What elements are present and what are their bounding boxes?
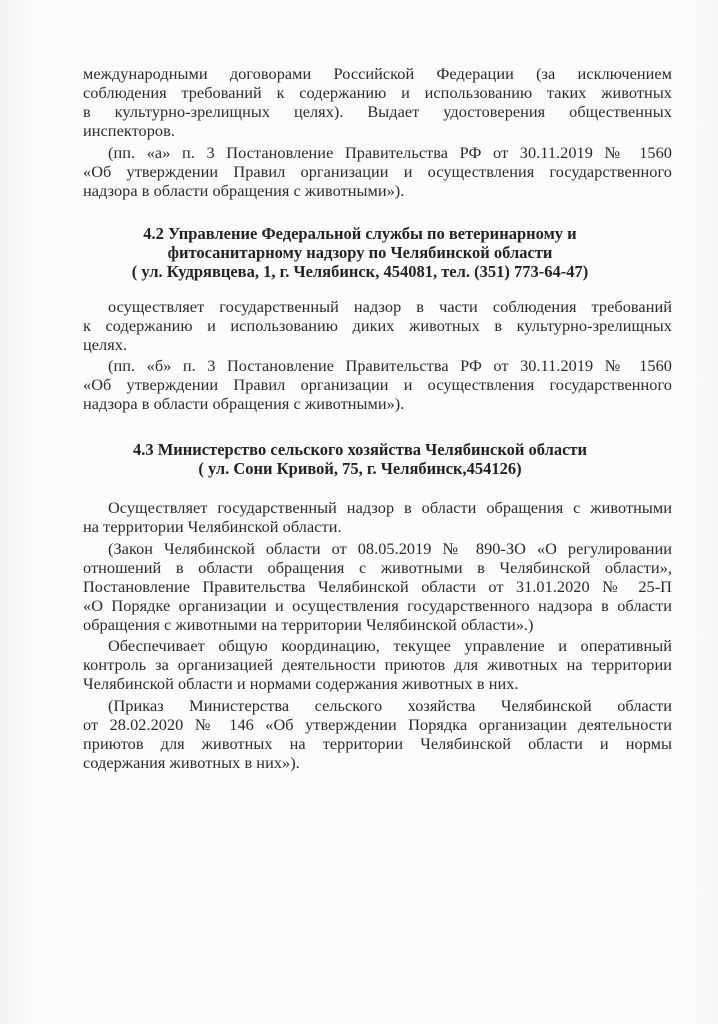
- text-line: (Закон Челябинской области от 08.05.2019…: [108, 539, 672, 558]
- text-line: Обеспечивает общую координацию, текущее …: [108, 636, 672, 655]
- text-line: содержания животных в них»).: [83, 753, 672, 772]
- text-line: от 28.02.2020 № 146 «Об утверждении Поря…: [83, 715, 672, 734]
- text-line: «Об утверждении Правил организации и осу…: [83, 375, 672, 394]
- text-line: на территории Челябинской области.: [83, 517, 672, 536]
- text-line: обращения с животными на территории Челя…: [83, 615, 672, 634]
- document-page: международными договорами Российской Фед…: [0, 0, 718, 1024]
- text-line: соблюдения требований к содержанию и исп…: [83, 83, 672, 102]
- text-line: Постановление Правительства Челябинской …: [83, 577, 672, 596]
- text-line: надзора в области обращения с животными»…: [83, 181, 672, 200]
- heading-line: ( ул. Сони Кривой, 75, г. Челябинск,4541…: [60, 459, 660, 478]
- text-line: к содержанию и использованию диких живот…: [83, 316, 672, 335]
- text-line: Осуществляет государственный надзор в об…: [108, 498, 672, 517]
- text-line: целях.: [83, 335, 672, 354]
- text-line: (пп. «а» п. 3 Постановление Правительств…: [108, 143, 672, 162]
- text-line: контроль за организацией деятельности пр…: [83, 655, 672, 674]
- text-line: международными договорами Российской Фед…: [83, 64, 672, 83]
- text-line: надзора в области обращения с животными»…: [83, 394, 672, 413]
- text-line: Челябинской области и нормами содержания…: [83, 674, 672, 693]
- text-line: осуществляет государственный надзор в ча…: [108, 297, 672, 316]
- text-line: инспекторов.: [83, 121, 672, 140]
- heading-line: 4.2 Управление Федеральной службы по вет…: [60, 224, 660, 243]
- text-line: (пп. «б» п. 3 Постановление Правительств…: [108, 356, 672, 375]
- heading-line: фитосанитарному надзору по Челябинской о…: [60, 243, 660, 262]
- heading-line: ( ул. Кудрявцева, 1, г. Челябинск, 45408…: [60, 262, 660, 281]
- text-line: (Приказ Министерства сельского хозяйства…: [108, 696, 672, 715]
- text-line: «Об утверждении Правил организации и осу…: [83, 162, 672, 181]
- text-line: в культурно-зрелищных целях). Выдает удо…: [83, 102, 672, 121]
- text-line: приютов для животных на территории Челяб…: [83, 734, 672, 753]
- heading-line: 4.3 Министерство сельского хозяйства Чел…: [60, 440, 660, 459]
- text-line: «О Порядке организации и осуществления г…: [83, 596, 672, 615]
- text-line: отношений в области обращения с животным…: [83, 558, 672, 577]
